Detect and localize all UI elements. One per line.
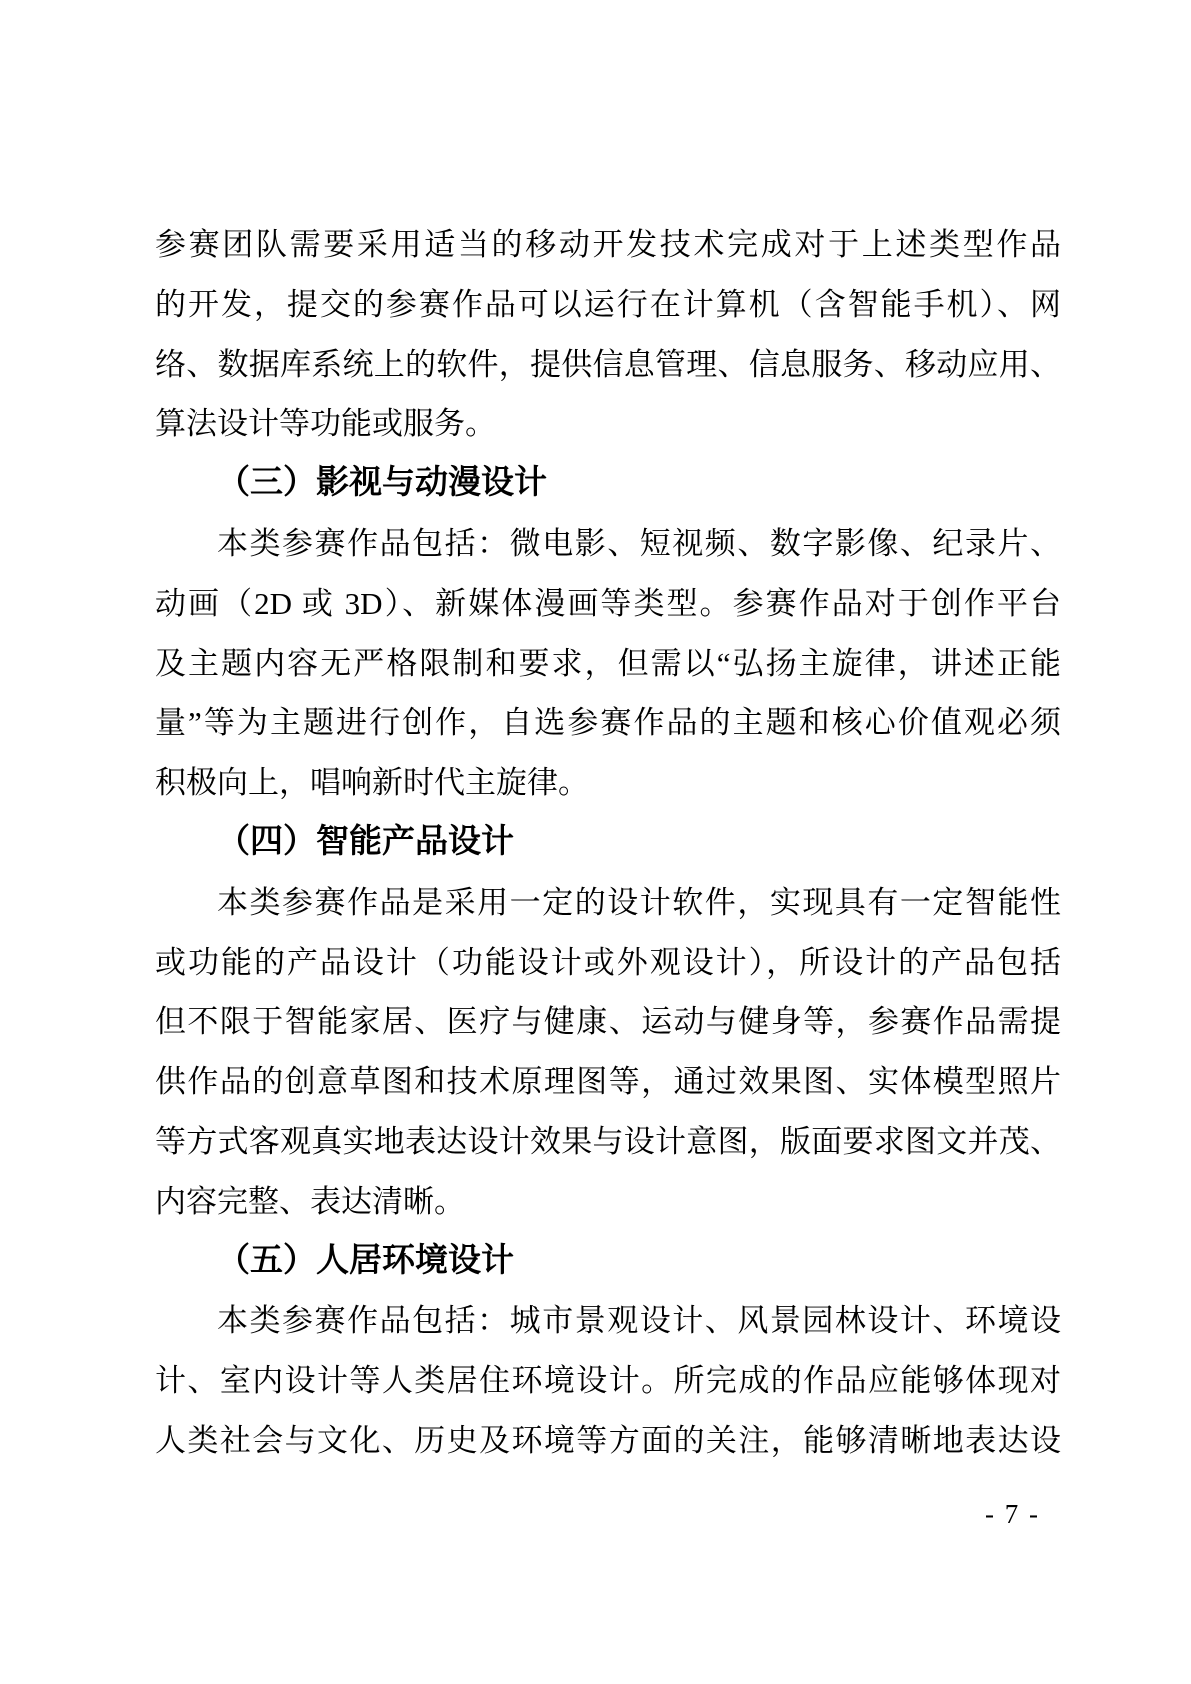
text-line: 及主题内容无严格限制和要求，但需以“弘扬主旋律，讲述正能: [155, 634, 1061, 694]
page-number: - 7 -: [985, 1499, 1040, 1530]
text-line: 量”等为主题进行创作，自选参赛作品的主题和核心价值观必须: [155, 693, 1061, 753]
text-line: 参赛团队需要采用适当的移动开发技术完成对于上述类型作品: [155, 215, 1061, 275]
document-page: 参赛团队需要采用适当的移动开发技术完成对于上述类型作品的开发，提交的参赛作品可以…: [0, 0, 1191, 1684]
text-line: 等方式客观真实地表达设计效果与设计意图，版面要求图文并茂、: [155, 1112, 1061, 1172]
text-line: 人类社会与文化、历史及环境等方面的关注，能够清晰地表达设: [155, 1411, 1061, 1471]
text-line: 的开发，提交的参赛作品可以运行在计算机（含智能手机）、网: [155, 275, 1061, 335]
text-line: 但不限于智能家居、医疗与健康、运动与健身等，参赛作品需提: [155, 992, 1061, 1052]
text-line: 本类参赛作品包括：微电影、短视频、数字影像、纪录片、: [155, 514, 1061, 574]
text-line: 内容完整、表达清晰。: [155, 1172, 1061, 1232]
document-body: 参赛团队需要采用适当的移动开发技术完成对于上述类型作品的开发，提交的参赛作品可以…: [155, 215, 1061, 1471]
text-line: 算法设计等功能或服务。: [155, 394, 1061, 454]
section-heading: （四）智能产品设计: [155, 813, 1061, 873]
text-line: 动画（2D 或 3D）、新媒体漫画等类型。参赛作品对于创作平台: [155, 574, 1061, 634]
text-line: 供作品的创意草图和技术原理图等，通过效果图、实体模型照片: [155, 1052, 1061, 1112]
text-line: 计、室内设计等人类居住环境设计。所完成的作品应能够体现对: [155, 1351, 1061, 1411]
section-heading: （三）影视与动漫设计: [155, 454, 1061, 514]
section-heading: （五）人居环境设计: [155, 1232, 1061, 1292]
text-line: 积极向上，唱响新时代主旋律。: [155, 753, 1061, 813]
text-line: 本类参赛作品是采用一定的设计软件，实现具有一定智能性: [155, 873, 1061, 933]
text-line: 或功能的产品设计（功能设计或外观设计），所设计的产品包括: [155, 933, 1061, 993]
text-line: 络、数据库系统上的软件，提供信息管理、信息服务、移动应用、: [155, 335, 1061, 395]
text-line: 本类参赛作品包括：城市景观设计、风景园林设计、环境设: [155, 1291, 1061, 1351]
